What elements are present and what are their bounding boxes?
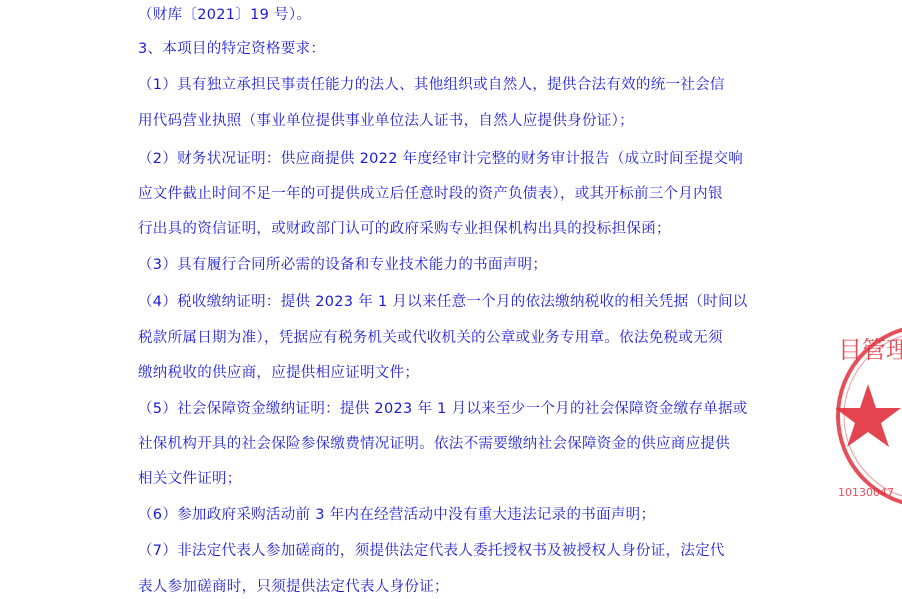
text-line-9: 税款所属日期为准），凭据应有税务机关或代收机关的公章或业务专用章。依法免税或无须 — [138, 329, 723, 347]
official-seal-stamp: 目管理 10130047 — [836, 318, 902, 514]
text-line-2: （1）具有独立承担民事责任能力的法人、其他组织或自然人，提供合法有效的统一社会信 — [138, 76, 725, 94]
text-line-3: 用代码营业执照（事业单位提供事业单位法人证书，自然人应提供身份证）； — [138, 112, 634, 130]
text-line-4: （2）财务状况证明：供应商提供 2022 年度经审计完整的财务审计报告（成立时间… — [138, 150, 743, 168]
svg-text:目管理: 目管理 — [838, 336, 902, 364]
text-line-11: （5）社会保障资金缴纳证明：提供 2023 年 1 月以来至少一个月的社会保障资… — [138, 400, 748, 418]
text-line-5: 应文件截止时间不足一年的可提供成立后任意时段的资产负债表），或其开标前三个月内银 — [138, 185, 723, 203]
text-line-13: 相关文件证明； — [138, 470, 242, 488]
section-heading: 3、本项目的特定资格要求： — [138, 40, 325, 58]
text-line-15: （7）非法定代表人参加磋商的，须提供法定代表人委托授权书及被授权人身份证，法定代 — [138, 542, 725, 560]
text-line-8: （4）税收缴纳证明：提供 2023 年 1 月以来任意一个月的依法缴纳税收的相关… — [138, 293, 748, 311]
text-line-10: 缴纳税收的供应商，应提供相应证明文件； — [138, 364, 419, 382]
seal-icon: 目管理 10130047 — [836, 318, 902, 514]
text-line-7: （3）具有履行合同所必需的设备和专业技术能力的书面声明； — [138, 256, 547, 274]
document-page: （财库〔2021〕19 号）。 3、本项目的特定资格要求： （1）具有独立承担民… — [0, 0, 902, 599]
text-line-14: （6）参加政府采购活动前 3 年内在经营活动中没有重大违法记录的书面声明； — [138, 506, 655, 524]
svg-text:10130047: 10130047 — [838, 486, 894, 499]
text-line-0: （财库〔2021〕19 号）。 — [138, 6, 311, 24]
text-line-6: 行出具的资信证明，或财政部门认可的政府采购专业担保机构出具的投标担保函； — [138, 220, 671, 238]
text-line-12: 社保机构开具的社会保险参保缴费情况证明。依法不需要缴纳社会保障资金的供应商应提供 — [138, 435, 730, 453]
text-line-16: 表人参加磋商时，只须提供法定代表人身份证； — [138, 578, 449, 596]
